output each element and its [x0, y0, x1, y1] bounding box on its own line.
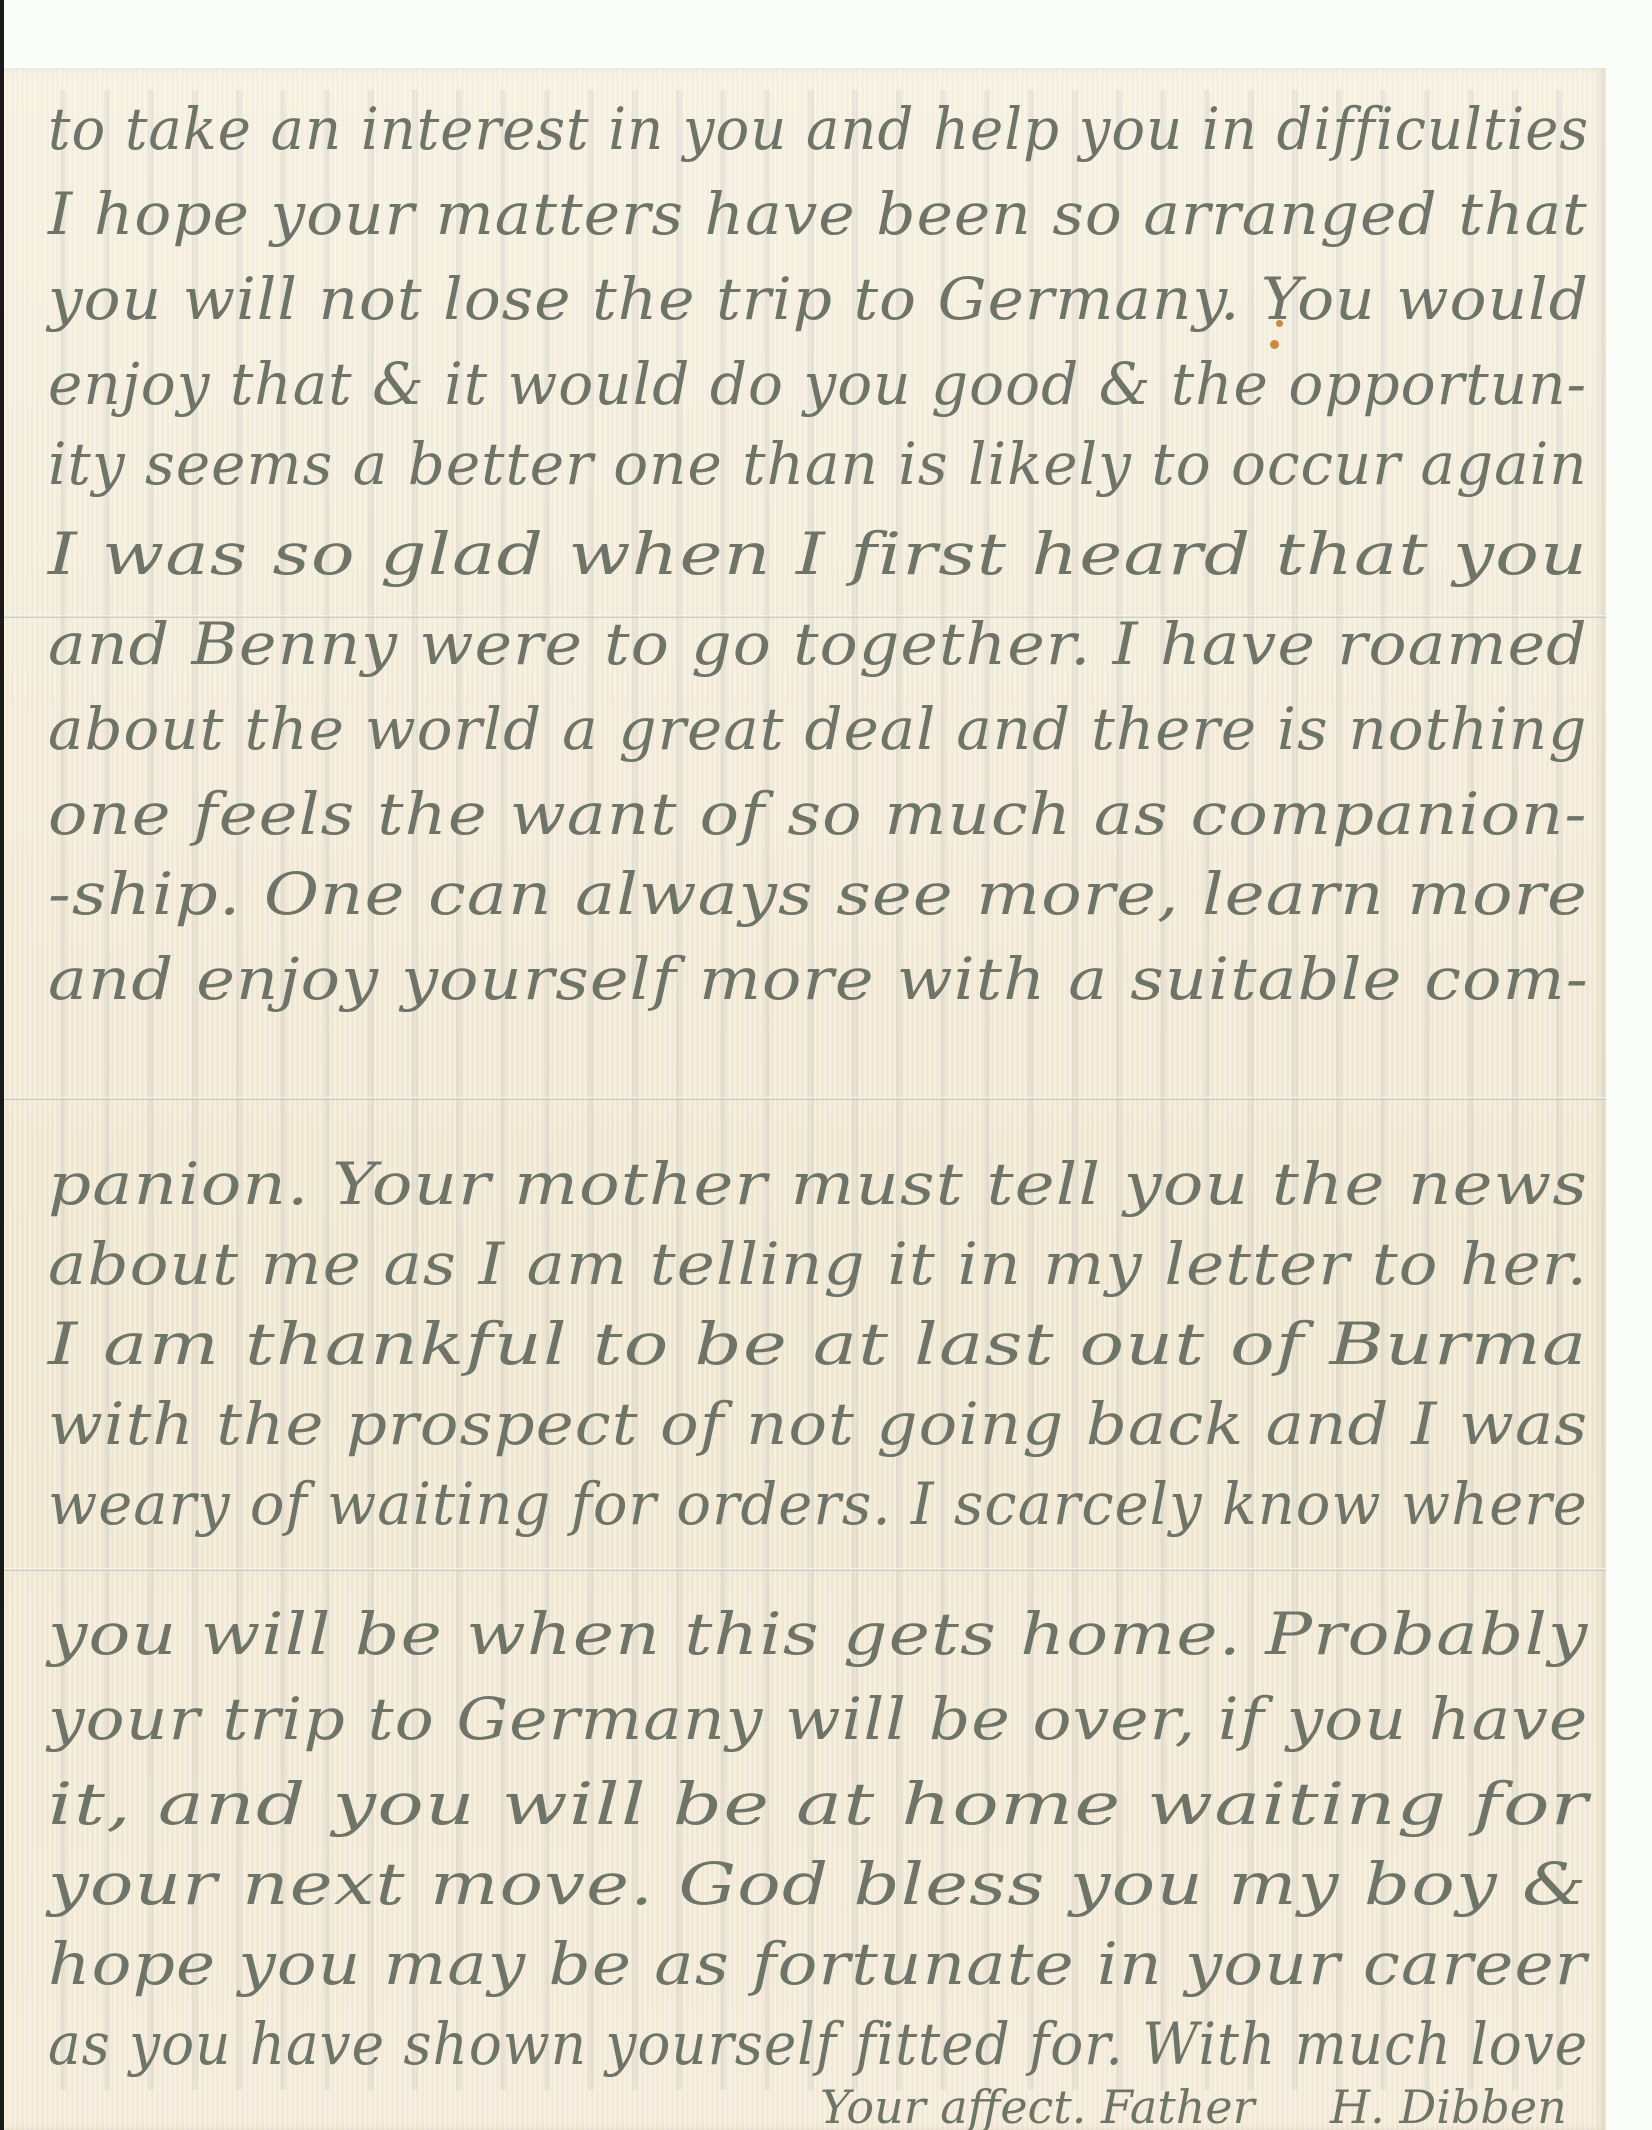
letter-line: weary of waiting for orders. I scarcely …: [48, 1470, 1588, 1538]
letter-line: panion. Your mother must tell you the ne…: [48, 1150, 1588, 1218]
letter-line: your next move. God bless you my boy &: [48, 1850, 1588, 1918]
letter-line: enjoy that & it would do you good & the …: [48, 350, 1587, 418]
letter-line: you will not lose the trip to Germany. Y…: [48, 265, 1589, 333]
letter-line: and Benny were to go together. I have ro…: [48, 610, 1588, 678]
letter-line: I was so glad when I first heard that yo…: [48, 520, 1588, 588]
letter-line: and enjoy yourself more with a suitable …: [48, 945, 1589, 1013]
closing: Your affect. Father: [820, 2080, 1255, 2130]
letter-line: one feels the want of so much as compani…: [48, 780, 1588, 848]
letter-line: about the world a great deal and there i…: [48, 695, 1587, 763]
signature: H. Dibben: [1330, 2080, 1567, 2130]
letter-line: about me as I am telling it in my letter…: [48, 1230, 1588, 1298]
letter-line: I am thankful to be at last out of Burma: [48, 1310, 1588, 1378]
letter-line: it, and you will be at home waiting for: [48, 1770, 1589, 1838]
letter-line: your trip to Germany will be over, if yo…: [48, 1685, 1588, 1753]
letter-line: -ship. One can always see more, learn mo…: [48, 860, 1588, 928]
letter-line: to take an interest in you and help you …: [48, 95, 1589, 163]
letter-line: hope you may be as fortunate in your car…: [48, 1930, 1587, 1998]
letter-line: with the prospect of not going back and …: [48, 1390, 1588, 1458]
letter-body: to take an interest in you and help you …: [0, 0, 1652, 2130]
letter-line: you will be when this gets home. Probabl…: [48, 1600, 1588, 1668]
letter-line: I hope your matters have been so arrange…: [48, 180, 1588, 248]
letter-line: as you have shown yourself fitted for. W…: [48, 2010, 1588, 2078]
letter-line: ity seems a better one than is likely to…: [48, 430, 1588, 498]
